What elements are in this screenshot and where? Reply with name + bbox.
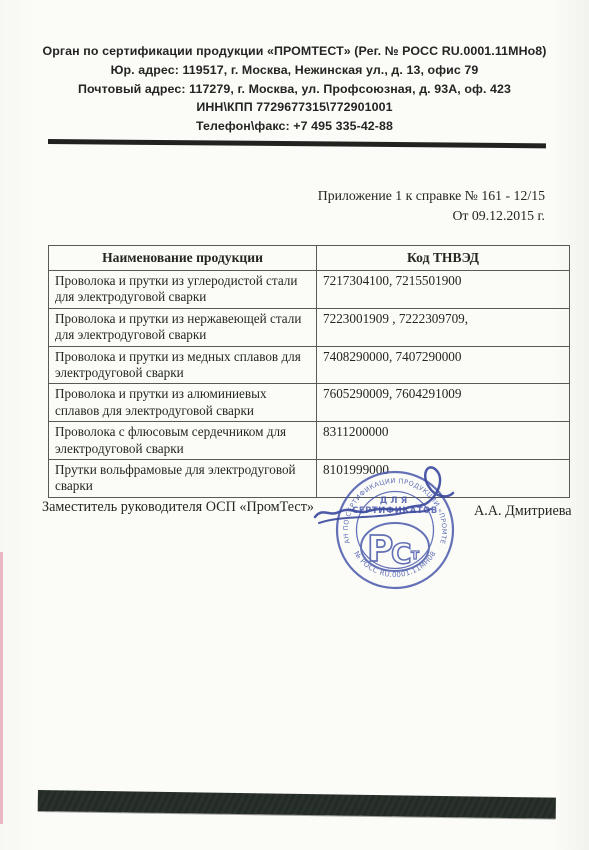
rst-logo: Р С т [361, 523, 429, 571]
certification-stamp: ОРГАН ПО СЕРТИФИКАЦИИ ПРОДУКЦИИ «ПРОМТЕС… [303, 455, 471, 605]
signatory-title: Заместитель руководителя ОСП «ПромТест» [42, 499, 314, 516]
product-name-cell: Проволока с флюсовым сердечником для эле… [49, 422, 317, 460]
product-name-cell: Проволока и прутки из нержавеющей стали … [49, 308, 317, 346]
product-name-cell: Проволока и прутки из медных сплавов для… [49, 346, 317, 384]
org-header-line4: ИНН\КПП 7729677315\772901001 [0, 98, 589, 117]
appendix-line2: От 09.12.2015 г. [318, 206, 545, 226]
rst-logo-letter-t: т [411, 547, 420, 563]
tnved-code-cell: 8311200000 [317, 422, 570, 460]
product-name-cell: Прутки вольфрамовые для электродуговой с… [49, 460, 317, 498]
rst-logo-letter-c: С [391, 537, 412, 570]
column-header-product: Наименование продукции [49, 246, 317, 271]
org-header-line2: Юр. адрес: 119517, г. Москва, Нежинская … [0, 61, 589, 80]
tnved-code-cell: 7408290000, 7407290000 [317, 346, 570, 384]
appendix-line1: Приложение 1 к справке № 161 - 12/15 [318, 186, 545, 206]
scan-pink-streak [0, 552, 3, 824]
table-row: Проволока и прутки из углеродистой стали… [49, 271, 570, 309]
header-divider-rule [48, 139, 546, 148]
product-name-cell: Проволока и прутки из углеродистой стали… [49, 271, 317, 309]
document-page: Орган по сертификации продукции «ПРОМТЕС… [0, 0, 589, 850]
table-row: Проволока и прутки из алюминиевых сплаво… [49, 384, 570, 422]
tnved-code-cell: 7605290009, 7604291009 [317, 384, 570, 422]
appendix-reference: Приложение 1 к справке № 161 - 12/15 От … [318, 186, 545, 225]
tnved-table-head: Наименование продукции Код ТНВЭД [49, 246, 570, 271]
product-name-cell: Проволока и прутки из алюминиевых сплаво… [49, 384, 317, 422]
tnved-header-row: Наименование продукции Код ТНВЭД [49, 246, 570, 271]
redaction-black-bar [38, 790, 556, 819]
column-header-code: Код ТНВЭД [317, 246, 570, 271]
org-header-line3: Почтовый адрес: 117279, г. Москва, ул. П… [0, 80, 589, 99]
signatory-name: А.А. Дмитриева [474, 503, 572, 520]
tnved-code-cell: 7217304100, 7215501900 [317, 271, 570, 309]
table-row: Проволока с флюсовым сердечником для эле… [49, 422, 570, 460]
org-header-line5: Телефон\факс: +7 495 335-42-88 [0, 117, 589, 136]
scan-noise [0, 0, 2, 2]
rst-logo-letter-p: Р [367, 529, 393, 570]
org-header: Орган по сертификации продукции «ПРОМТЕС… [0, 42, 589, 136]
org-header-line1: Орган по сертификации продукции «ПРОМТЕС… [0, 42, 589, 61]
table-row: Проволока и прутки из нержавеющей стали … [49, 308, 570, 346]
tnved-code-cell: 7223001909 , 7222309709, [317, 308, 570, 346]
table-row: Проволока и прутки из медных сплавов для… [49, 346, 570, 384]
